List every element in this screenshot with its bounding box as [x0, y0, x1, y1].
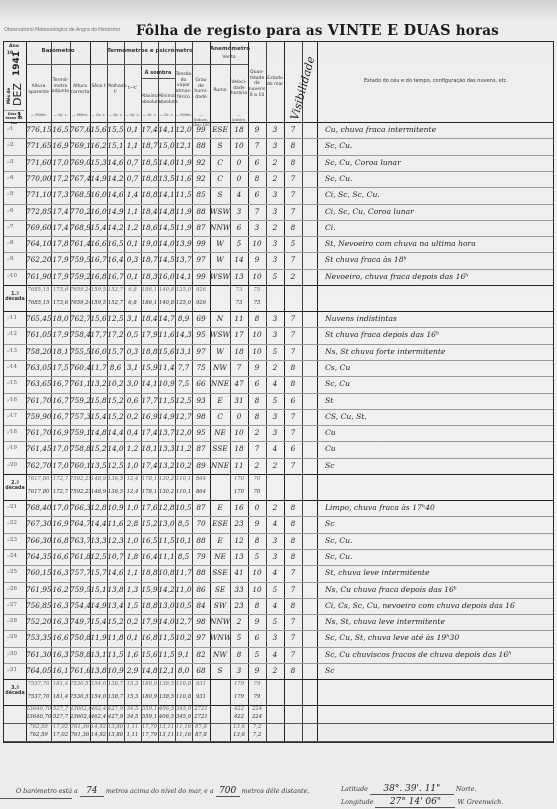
decade-1-seco-draft: 159,5 [90, 287, 107, 293]
decade-1-max: 186,1 [141, 300, 158, 306]
cell-dif: 0,5 [124, 330, 141, 339]
cell-seco: 15,4 [90, 617, 107, 626]
monthly-mean-min-draft: 13,11 [158, 724, 175, 730]
cell-term: 16,9 [51, 428, 70, 437]
cell-hum: 97 [192, 255, 210, 264]
cell-hum: 88 [192, 536, 210, 545]
cell-vis: 7 [284, 412, 302, 421]
cell-vis: 8 [284, 536, 302, 545]
sky-condition-note: St chuva fraca depois das 16ʰ [325, 330, 553, 339]
tensao-header: Tensão do vapor atmos-férico [175, 72, 192, 101]
sky-condition-note: Sc, Cu [325, 379, 553, 388]
decade-3-seco-draft: 154,0 [90, 681, 107, 687]
decade-3-vel-draft: 179 [230, 681, 248, 687]
cell-nuv: 6 [248, 158, 266, 167]
decade-1-alt-corr: 7659,24 [70, 300, 90, 306]
cell-term: 17,0 [51, 444, 70, 453]
cell-alt-corr: 7̄58,41 [70, 330, 90, 339]
decade-2-molh: 136,5 [107, 489, 124, 495]
decade-1-min: 140,8 [158, 300, 175, 306]
cell-molh: 16,5 [107, 239, 124, 248]
decade-2-min-draft: 130,2 [158, 476, 175, 482]
cell-alt-ap: 7̄69,60 [26, 223, 51, 232]
sky-condition-note: Sc [325, 519, 553, 528]
day-value: 1 [17, 111, 22, 120]
cell-hum: 89 [192, 461, 210, 470]
cell-nuv: 9 [248, 666, 266, 675]
sky-condition-note: Ns, St chuva forte intermitente [325, 347, 553, 356]
decade-2-nuv: 70 [248, 489, 266, 495]
cell-max: 17,4 [141, 428, 158, 437]
monthly-mean-tensao: 11,16 [175, 732, 192, 738]
decade-2-min: 130,2 [158, 489, 175, 495]
cell-rumo: WSW [210, 207, 230, 216]
latitude-line: Latitude 38°. 39'. 11" Norte. [341, 784, 476, 795]
decade-3-dif-draft: 15,3 [124, 681, 141, 687]
decade-3-dif: 15,3 [124, 694, 141, 700]
cell-vis: 6 [284, 396, 302, 405]
sky-condition-note: Cs, Cu [325, 363, 553, 372]
monthly-mean-seco: 14,92 [90, 732, 107, 738]
cell-hum: 87 [192, 444, 210, 453]
cell-vis: 8 [284, 666, 302, 675]
visibilidade-header: Visibilidade [288, 55, 317, 121]
cell-vis: 7 [284, 255, 302, 264]
cell-hum: 82 [192, 650, 210, 659]
monthly-mean-vel: 13,6 [230, 732, 248, 738]
monthly-mean-hum: 87,8 [192, 732, 210, 738]
cell-max: 18,4 [141, 314, 158, 323]
cell-hum: 70 [192, 519, 210, 528]
cell-mar: 4 [266, 444, 284, 453]
cell-rumo: ESE [210, 519, 230, 528]
cell-nuv: 6 [248, 379, 266, 388]
cell-molh: 13,4 [107, 601, 124, 610]
cell-rumo: N [210, 314, 230, 323]
cell-min: 14,8 [158, 207, 175, 216]
cell-mar: 2 [266, 461, 284, 470]
cell-nuv: 9 [248, 617, 266, 626]
cell-seco: 16,0 [90, 347, 107, 356]
cell-vel: 13 [230, 272, 248, 281]
cell-vis: 7 [284, 568, 302, 577]
decade-top-rule [4, 285, 553, 286]
barometer-text-3: metros dêle distante. [242, 788, 310, 795]
cell-hum: 95 [192, 330, 210, 339]
cell-max: 17,4 [141, 461, 158, 470]
cell-dif: 2,9 [124, 666, 141, 675]
cell-vel: 11 [230, 314, 248, 323]
cell-max: 17,9 [141, 617, 158, 626]
cell-mar: 4 [266, 568, 284, 577]
checked-mark: ✓ [4, 140, 14, 149]
cell-tensao: 14,3 [175, 330, 192, 339]
decade-1-label: 1.ª década [4, 292, 26, 302]
diferenca-header-unit: — Gr. c. [124, 112, 141, 117]
cell-tensao: 8,5 [175, 519, 192, 528]
cell-max: 18,8 [141, 347, 158, 356]
month-value: DEZ [11, 83, 24, 106]
cell-hum: 95 [192, 428, 210, 437]
cell-tensao: 7,5 [175, 379, 192, 388]
monthly-total-alt-ap: 23640,70 [26, 714, 51, 720]
decade-1-dif-draft: 6,8 [124, 287, 141, 293]
cell-vel: 18 [230, 444, 248, 453]
sky-condition-note: St [325, 396, 553, 405]
cell-max: 17,9 [141, 330, 158, 339]
cell-nuv: 6 [248, 633, 266, 642]
monthly-total-molh-draft: 427,9 [107, 706, 124, 712]
cell-molh: 16,4 [107, 255, 124, 264]
cell-term: 16,9 [51, 519, 70, 528]
cell-rumo: SW [210, 601, 230, 610]
summary-divider [4, 741, 553, 742]
cell-molh: 11,8 [107, 633, 124, 642]
cell-rumo: S [210, 666, 230, 675]
cell-term: 17,0 [51, 503, 70, 512]
cell-max: 18,4 [141, 207, 158, 216]
cell-alt-corr: 7̄60,16 [70, 461, 90, 470]
cell-alt-ap: 7̄56,85 [26, 601, 51, 610]
cell-alt-corr: 7̄59,22 [70, 396, 90, 405]
cell-dif: 0,4 [124, 428, 141, 437]
cell-vel: 23 [230, 601, 248, 610]
monthly-mean-alt-corr-draft: 761,36 [70, 724, 90, 730]
cell-term: 17,4 [51, 223, 70, 232]
cell-dif: 0,2 [124, 412, 141, 421]
decade-1-term: 173,6 [51, 300, 70, 306]
cell-seco: 12,5 [90, 552, 107, 561]
cell-rumo: SSE [210, 444, 230, 453]
cell-rumo: E [210, 503, 230, 512]
cell-min: 16,0 [158, 272, 175, 281]
sky-condition-note: Sc [325, 666, 553, 675]
decade-3-molh-draft: 138,7 [107, 681, 124, 687]
sky-condition-note: Sc, Cu. [325, 174, 553, 183]
cell-vel: 5 [230, 239, 248, 248]
cell-vis: 7 [284, 633, 302, 642]
cell-vel: 14 [230, 255, 248, 264]
cell-max: 18,7 [141, 255, 158, 264]
footer-rule [0, 798, 72, 799]
altura-correcta-header-unit: — Milím. [70, 112, 90, 117]
cell-vis: 8 [284, 519, 302, 528]
maxima-header: Máxima absoluta [141, 94, 158, 105]
estado-ceu-header: Estado do céu e do tempo, configuração d… [317, 78, 555, 84]
molhado-header-unit: — Gr. c. [107, 112, 124, 117]
checked-mark: ✓ [4, 616, 14, 625]
cell-tensao: 11,9 [175, 223, 192, 232]
sky-condition-note: St, chuva leve intermitente [325, 568, 553, 577]
cell-term: 18,1 [51, 347, 70, 356]
cell-tensao: 13,9 [175, 239, 192, 248]
cell-mar: 2 [266, 503, 284, 512]
cell-dif: 0,2 [124, 617, 141, 626]
cell-dif: 0,3 [124, 255, 141, 264]
cell-tensao: 11,6 [175, 174, 192, 183]
decade-3-seco: 154,0 [90, 694, 107, 700]
decade-1-term-draft: 173,6 [51, 287, 70, 293]
cell-seco: 15,8 [90, 396, 107, 405]
cell-tensao: 12,7 [175, 617, 192, 626]
cell-rumo: NE [210, 552, 230, 561]
cell-vis: 5 [284, 239, 302, 248]
cell-vel: 18 [230, 125, 248, 134]
monthly-total-alt-corr: 23602,06 [70, 714, 90, 720]
cell-seco: 13,2 [90, 379, 107, 388]
cell-alt-ap: 7̄71,65 [26, 141, 51, 150]
anemometro-header: Anemómetro [210, 46, 248, 53]
cell-term: 17,9 [51, 272, 70, 281]
cell-mar: 5 [266, 272, 284, 281]
decade-2-hum-draft: 864 [192, 476, 210, 482]
cell-max: 18,8 [141, 190, 158, 199]
cell-vel: 18 [230, 347, 248, 356]
cell-dif: 2,8 [124, 519, 141, 528]
cell-molh: 14,6 [107, 158, 124, 167]
cell-molh: 12,3 [107, 536, 124, 545]
cell-vel: 3 [230, 666, 248, 675]
cell-seco: 16,8 [90, 272, 107, 281]
termometros-header: Termómetros e psicrómetro [90, 48, 210, 55]
cell-molh: 15,1 [107, 141, 124, 150]
cell-alt-corr: 7̄63,78 [70, 536, 90, 545]
decade-3-nuv: 79 [248, 694, 266, 700]
cell-nuv: 0 [248, 503, 266, 512]
decade-3-alt-ap: 7̄537,70 [26, 694, 51, 700]
cell-nuv: 2 [248, 461, 266, 470]
cell-vis: 7 [284, 617, 302, 626]
cell-seco: 15,6 [90, 125, 107, 134]
cell-molh: 15,5 [107, 125, 124, 134]
cell-rumo: SSE [210, 568, 230, 577]
cell-mar: 3 [266, 125, 284, 134]
cell-hum: 84 [192, 601, 210, 610]
decade-2-term: 172,7 [51, 489, 70, 495]
sky-condition-note: Cu [325, 428, 553, 437]
cell-vel: 5 [230, 633, 248, 642]
cell-rumo: C [210, 412, 230, 421]
cell-tensao: 12,5 [175, 396, 192, 405]
seco-header: Sêco t [90, 84, 107, 90]
cell-max: 19,0 [141, 239, 158, 248]
cell-term: 17,2 [51, 174, 70, 183]
decade-2-seco-draft: 148,9 [90, 476, 107, 482]
cell-nuv: 8 [248, 314, 266, 323]
cell-mar: 3 [266, 428, 284, 437]
cell-seco: 14,4 [90, 519, 107, 528]
cell-dif: 1,0 [124, 461, 141, 470]
cell-dif: 1,5 [124, 601, 141, 610]
cell-alt-ap: 7̄71,60 [26, 158, 51, 167]
cell-vel: 3 [230, 207, 248, 216]
cell-nuv: 3 [248, 223, 266, 232]
cell-term: 16,3 [51, 617, 70, 626]
cell-alt-corr: 7̄70,23 [70, 207, 90, 216]
sky-condition-note: Sc, Cu chuviscos fracos de chuva depois … [325, 650, 553, 659]
cell-dif: 0,1 [124, 272, 141, 281]
cell-vis: 7 [284, 330, 302, 339]
cell-hum: 99 [192, 272, 210, 281]
cell-seco: 16,0 [90, 190, 107, 199]
cell-seco: 16,0 [90, 207, 107, 216]
cell-seco: 15,2 [90, 444, 107, 453]
altura-correcta-header: Altura correcta [70, 84, 90, 95]
cell-rumo: WNW [210, 633, 230, 642]
checked-mark: ✓ [4, 649, 14, 658]
cell-rumo: S [210, 141, 230, 150]
cell-term: 17,8 [51, 239, 70, 248]
barometro-header: Barómetro [26, 48, 90, 55]
monthly-mean-seco-draft: 14,92 [90, 724, 107, 730]
cell-nuv: 10 [248, 330, 266, 339]
decade-3-alt-corr-draft: 7530,57 [70, 681, 90, 687]
cell-alt-corr: 7̄57,71 [70, 568, 90, 577]
cell-alt-corr: 7̄61,15 [70, 379, 90, 388]
decade-3-alt-ap-draft: 7̄537,70 [26, 681, 51, 687]
decade-2-dif-draft: 12,4 [124, 476, 141, 482]
checked-mark: ✓ [4, 632, 14, 641]
cell-mar: 5 [266, 585, 284, 594]
monthly-total-term-draft: 527,7 [51, 706, 70, 712]
cell-alt-corr: 7̄61,86 [70, 552, 90, 561]
cell-vis: 7 [284, 650, 302, 659]
cell-dif: 1,8 [124, 552, 141, 561]
cell-term: 18,0 [51, 314, 70, 323]
cell-seco: 13,8 [90, 666, 107, 675]
year-label: Ano [4, 44, 24, 50]
cell-min: 10,8 [158, 568, 175, 577]
decade-2-alt-corr: 7592,25 [70, 489, 90, 495]
barometer-text-2: metros acima do nível do mar, e a [106, 788, 214, 795]
cell-alt-ap: 7̄61,45 [26, 444, 51, 453]
longitude-value: 27° 14' 06" [375, 797, 455, 808]
cell-min: 14,1 [158, 125, 175, 134]
cell-alt-ap: 7̄61,95 [26, 585, 51, 594]
decade-1-vel: 73 [230, 300, 248, 306]
cell-molh: 13,8 [107, 585, 124, 594]
cell-alt-corr: 7̄68,51 [70, 190, 90, 199]
cell-alt-corr: 7̄67,66 [70, 125, 90, 134]
cell-max: 15,6 [141, 650, 158, 659]
decade-1-alt-corr-draft: 7659,24 [70, 287, 90, 293]
monthly-total-alt-ap-draft: 23640,70 [26, 706, 51, 712]
cell-seco: 13,5 [90, 461, 107, 470]
cell-nuv: 5 [248, 552, 266, 561]
cell-hum: 66 [192, 379, 210, 388]
cell-vis: 7 [284, 314, 302, 323]
cell-seco: 12,8 [90, 503, 107, 512]
cell-rumo: NW [210, 650, 230, 659]
cell-rumo: W [210, 255, 230, 264]
cell-alt-ap: 7̄61,30 [26, 650, 51, 659]
cell-tensao: 10,2 [175, 461, 192, 470]
cell-max: 14,8 [141, 666, 158, 675]
cell-seco: 16,6 [90, 239, 107, 248]
cell-dif: 1,6 [124, 650, 141, 659]
cell-hum: 98 [192, 617, 210, 626]
cell-seco: 15,1 [90, 585, 107, 594]
termometro-adjunto-header-unit: — Gr. c. [51, 112, 70, 117]
cell-alt-ap: 7̄62,70 [26, 461, 51, 470]
cell-vel: 33 [230, 585, 248, 594]
cell-hum: 79 [192, 552, 210, 561]
cell-alt-corr: 7̄59,53 [70, 585, 90, 594]
monthly-total-vel-draft: 422 [230, 706, 248, 712]
cell-vis: 8 [284, 503, 302, 512]
monthly-mean-dif: 1,11 [124, 732, 141, 738]
checked-mark: ✓ [4, 443, 14, 452]
cell-hum: 88 [192, 207, 210, 216]
monthly-mean-molh-draft: 13,80 [107, 724, 124, 730]
sky-condition-note: St chuva fraca às 18ʰ [325, 255, 553, 264]
title-suffix: horas [456, 23, 499, 39]
cell-hum: 69 [192, 314, 210, 323]
decade-3-max-draft: 180,9 [141, 681, 158, 687]
cell-vis: 7 [284, 174, 302, 183]
cell-min: 14,1 [158, 190, 175, 199]
cell-vel: 12 [230, 536, 248, 545]
cell-molh: 14,6 [107, 190, 124, 199]
cell-alt-ap: 7̄64,10 [26, 239, 51, 248]
decade-3-hum: 931 [192, 694, 210, 700]
monthly-mean-nuv: 7,2 [248, 732, 266, 738]
altura-aparente-header: Altura aparente [26, 84, 51, 95]
decade-1-tensao-draft: 125,0 [175, 287, 192, 293]
checked-mark: ✓ [4, 346, 14, 355]
tensao-header-unit: — Milím. [175, 112, 192, 117]
cell-nuv: 8 [248, 536, 266, 545]
cell-molh: 8,6 [107, 363, 124, 372]
cell-max: 15,9 [141, 585, 158, 594]
cell-hum: 99 [192, 125, 210, 134]
cell-vel: 23 [230, 519, 248, 528]
decade-3-alt-corr: 7530,57 [70, 694, 90, 700]
cell-vel: 8 [230, 650, 248, 659]
cell-vel: 0 [230, 158, 248, 167]
logbook-page: Observatório Meteorológico de Angra do H… [0, 0, 557, 809]
velocidade-header: Veloci-dade horária [230, 80, 248, 97]
cell-rumo: SE [210, 585, 230, 594]
cell-dif: 3,1 [124, 363, 141, 372]
cell-max: 18,7 [141, 141, 158, 150]
cell-alt-ap: 7̄71,10 [26, 190, 51, 199]
cell-max: 17,4 [141, 125, 158, 134]
sky-condition-note: Sc, Cu. [325, 141, 553, 150]
cell-max: 16,9 [141, 412, 158, 421]
cell-min: 13,0 [158, 601, 175, 610]
cell-alt-corr: 7̄58,86 [70, 650, 90, 659]
cell-rumo: NNE [210, 379, 230, 388]
checked-mark: ✓ [4, 535, 14, 544]
velocidade-header-unit: — Quilóm. [230, 112, 248, 122]
cell-molh: 14,6 [107, 568, 124, 577]
cell-dif: 1,1 [124, 141, 141, 150]
decade-3-tensao-draft: 110,8 [175, 681, 192, 687]
observatory-name: Observatório Meteorológico de Angra do H… [4, 27, 136, 33]
cell-tensao: 10,2 [175, 633, 192, 642]
decade-1-vel-draft: 73 [230, 287, 248, 293]
cell-max: 14,1 [141, 379, 158, 388]
cell-term: 16,8 [51, 536, 70, 545]
latitude-value: 38°. 39'. 11" [370, 784, 454, 795]
checked-mark: ✓ [4, 124, 14, 133]
decade-2-seco: 148,9 [90, 489, 107, 495]
cell-tensao: 9,1 [175, 650, 192, 659]
cell-min: 14,5 [158, 223, 175, 232]
cell-molh: 15,2 [107, 396, 124, 405]
sky-condition-note: Ns, Cu chuva fraca depois das 16ʰ [325, 585, 553, 594]
